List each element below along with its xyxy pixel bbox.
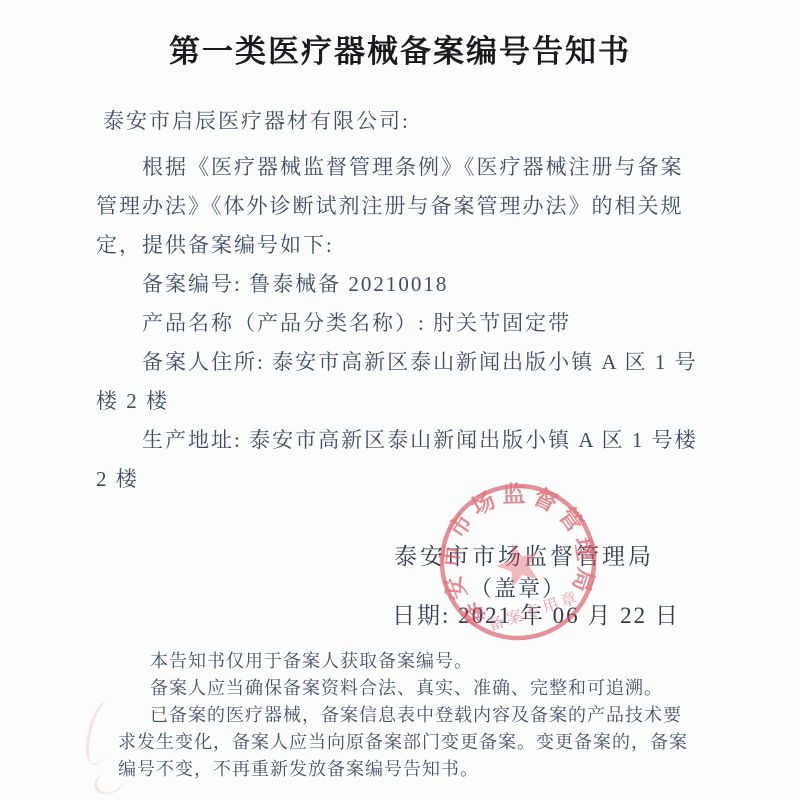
registrant-address-line-2: 楼 2 楼 bbox=[96, 382, 702, 421]
note-line-3: 已备案的医疗器械，备案信息表中登载内容及备案的产品技术要 bbox=[150, 702, 682, 729]
ink-bleed-mark bbox=[80, 698, 121, 768]
filing-number-line: 备案编号: 鲁泰械备 20210018 bbox=[96, 265, 702, 304]
production-address-line-1: 生产地址: 泰安市高新区泰山新闻出版小镇 A 区 1 号楼 bbox=[96, 421, 702, 460]
product-name-line: 产品名称（产品分类名称）: 肘关节固定带 bbox=[96, 304, 702, 343]
issuing-authority: 泰安市市场监督管理局 bbox=[394, 538, 654, 571]
document-page: 第一类医疗器械备案编号告知书 泰安市启辰医疗器材有限公司: 根据《医疗器械监督管… bbox=[0, 0, 800, 800]
note-line-2: 备案人应当确保备案资料合法、真实、准确、完整和可追溯。 bbox=[150, 675, 663, 702]
intro-line-1: 根据《医疗器械监督管理条例》《医疗器械注册与备案 bbox=[96, 148, 702, 187]
document-title: 第一类医疗器械备案编号告知书 bbox=[0, 26, 800, 71]
intro-line-2: 管理办法》《体外诊断试剂注册与备案管理办法》的相关规 bbox=[96, 187, 702, 226]
document-body: 泰安市启辰医疗器材有限公司: 根据《医疗器械监督管理条例》《医疗器械注册与备案 … bbox=[96, 102, 702, 499]
registrant-address-line-1: 备案人住所: 泰安市高新区泰山新闻出版小镇 A 区 1 号 bbox=[96, 343, 702, 382]
note-line-5: 编号不变，不再重新发放备案编号告知书。 bbox=[118, 756, 479, 783]
recipient-line: 泰安市启辰医疗器材有限公司: bbox=[96, 102, 702, 141]
note-line-4: 求发生变化，备案人应当向原备案部门变更备案。变更备案的，备案 bbox=[118, 729, 688, 756]
production-address-line-2: 2 楼 bbox=[96, 460, 702, 499]
intro-line-3: 定，提供备案编号如下: bbox=[96, 226, 702, 265]
issue-date: 日期: 2021 年 06 月 22 日 bbox=[392, 597, 680, 630]
note-line-1: 本告知书仅用于备案人获取备案编号。 bbox=[150, 648, 473, 675]
